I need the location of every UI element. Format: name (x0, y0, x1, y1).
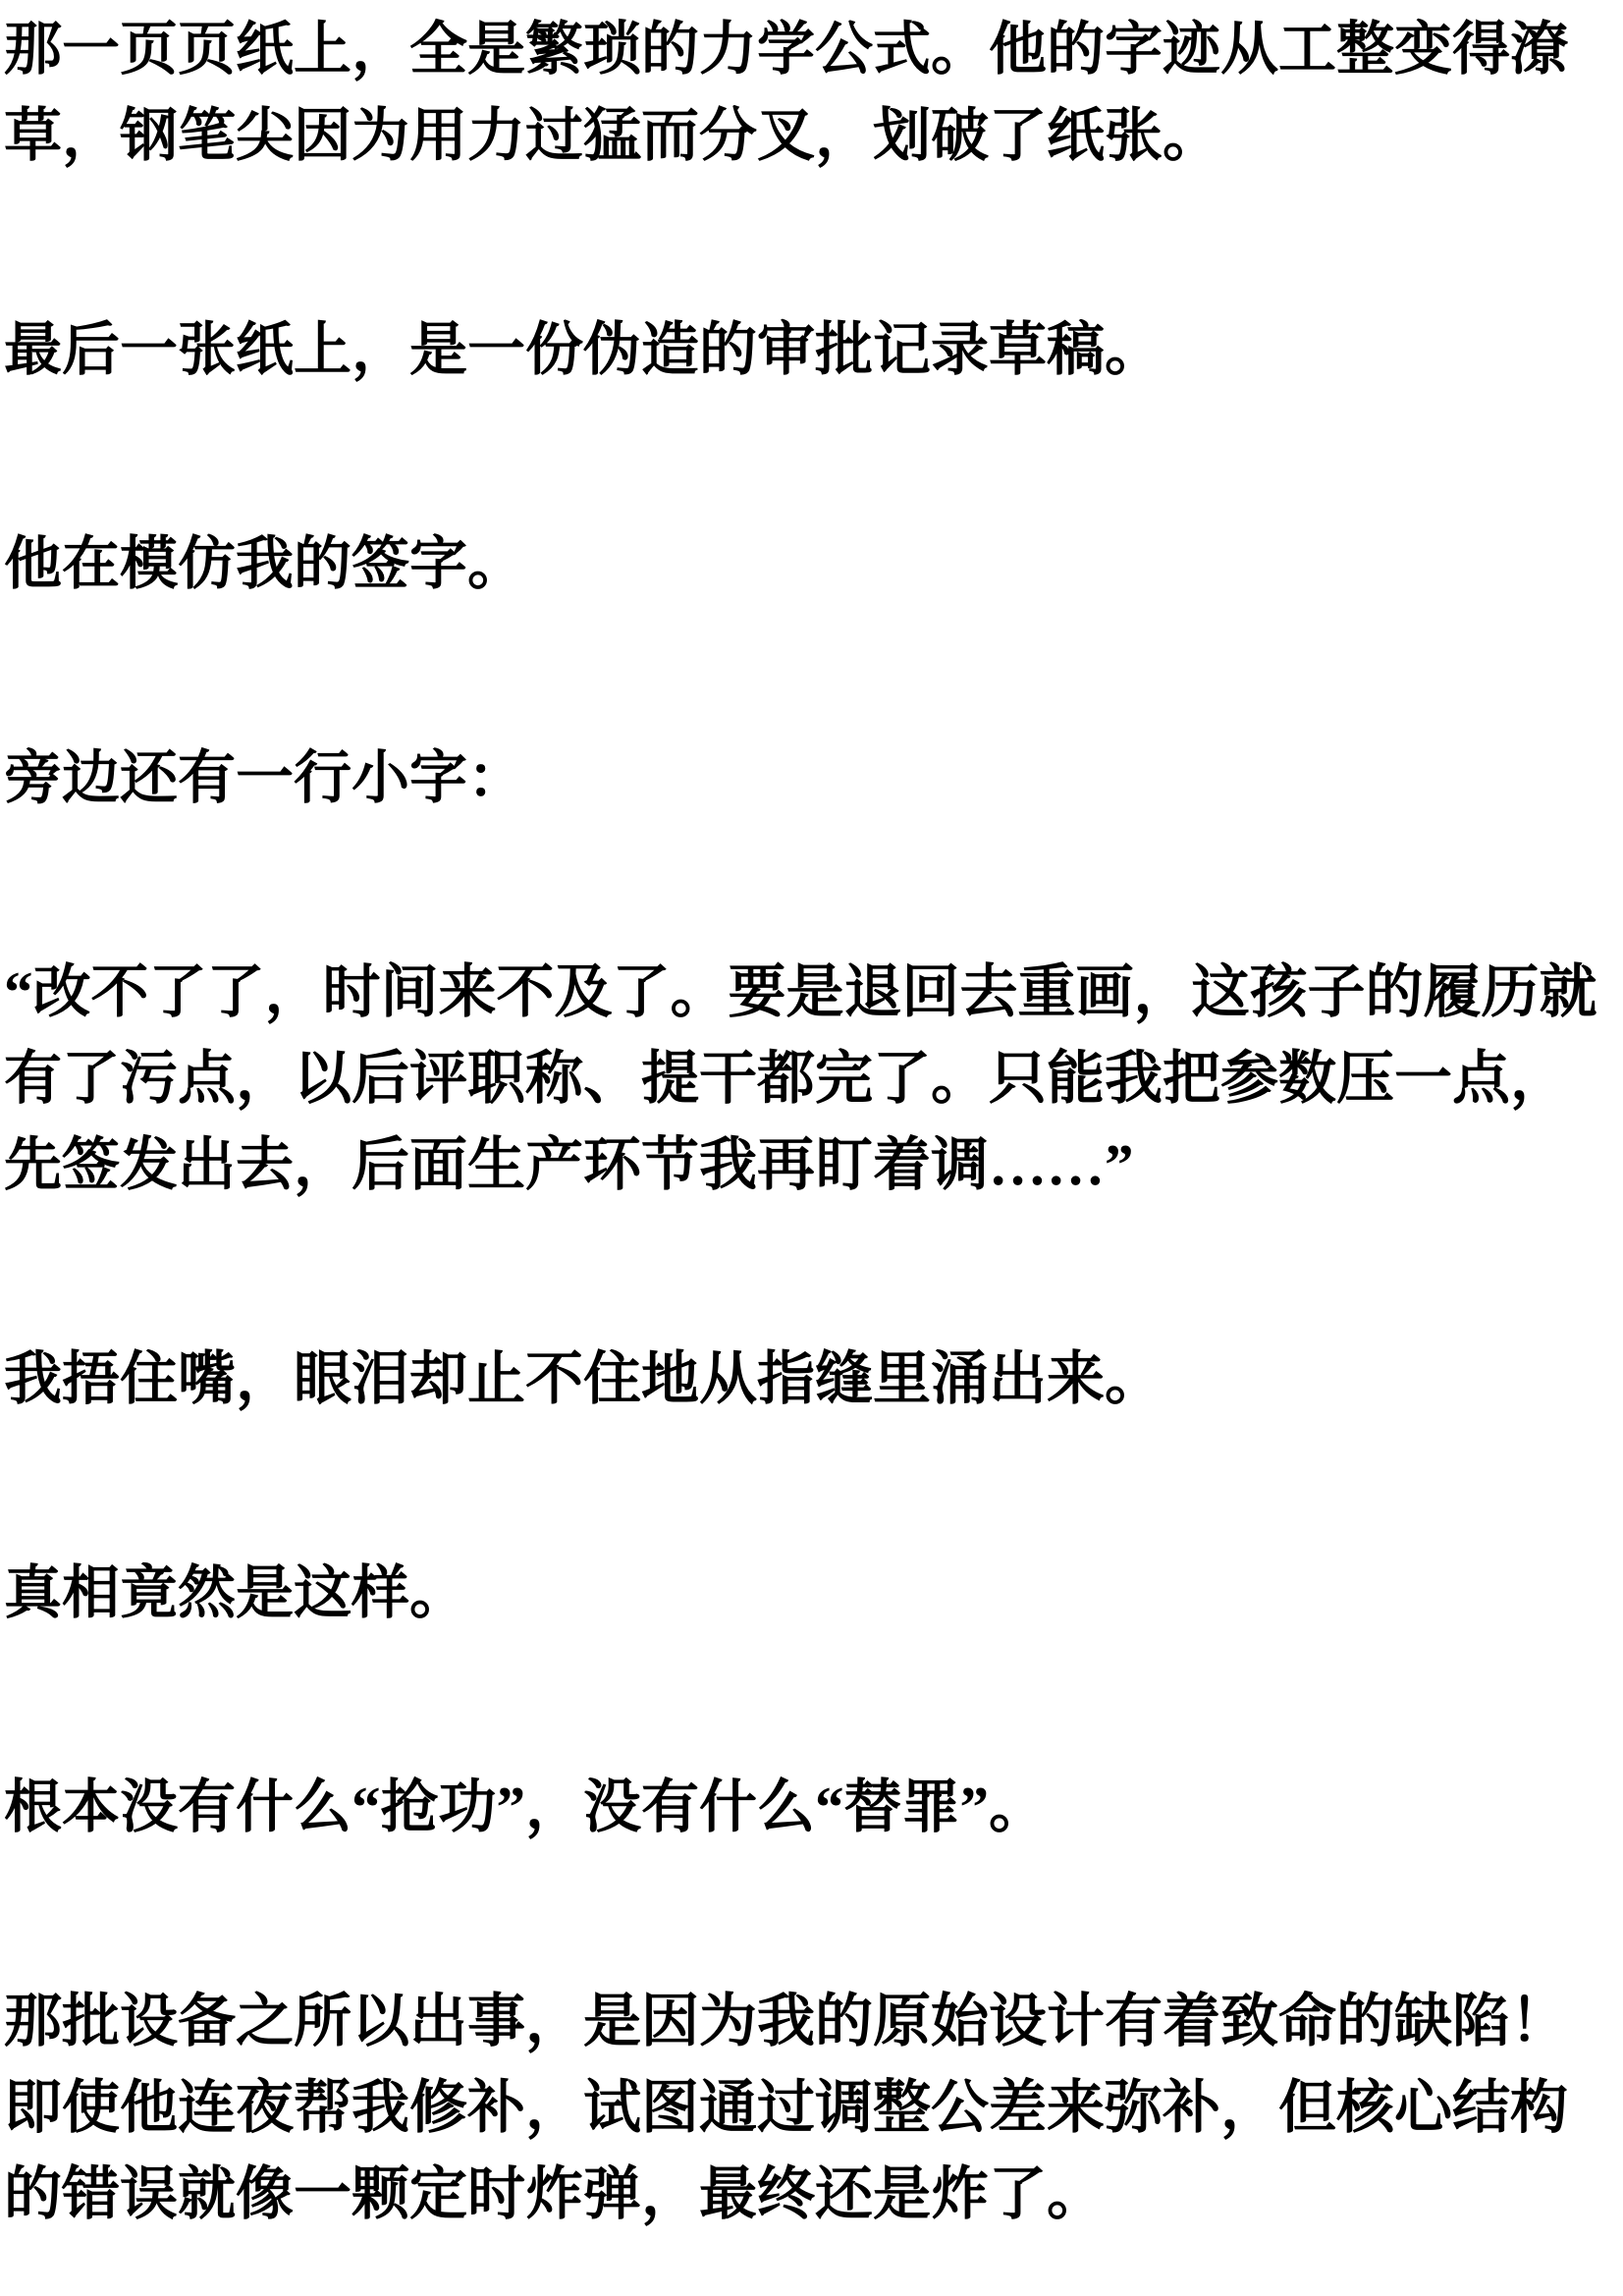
paragraph-2: 最后一张纸上，是一份伪造的审批记录草稿。 (4, 306, 1619, 393)
paragraph-9: 那批设备之所以出事，是因为我的原始设计有着致命的缺陷！即使他连夜帮我修补，试图通… (4, 1978, 1619, 2237)
paragraph-1: 那一页页纸上，全是繁琐的力学公式。他的字迹从工整变得潦草，钢笔尖因为用力过猛而分… (4, 6, 1619, 179)
document-page: 那一页页纸上，全是繁琐的力学公式。他的字迹从工整变得潦草，钢笔尖因为用力过猛而分… (0, 0, 1623, 2296)
paragraph-6: 我捂住嘴，眼泪却止不住地从指缝里涌出来。 (4, 1336, 1619, 1422)
paragraph-7: 真相竟然是这样。 (4, 1550, 1619, 1636)
paragraph-8: 根本没有什么“抢功”，没有什么“替罪”。 (4, 1764, 1619, 1850)
paragraph-quote: “改不了了，时间来不及了。要是退回去重画，这孩子的履历就有了污点，以后评职称、提… (4, 949, 1619, 1208)
paragraph-4: 旁边还有一行小字： (4, 735, 1619, 821)
paragraph-3: 他在模仿我的签字。 (4, 520, 1619, 607)
